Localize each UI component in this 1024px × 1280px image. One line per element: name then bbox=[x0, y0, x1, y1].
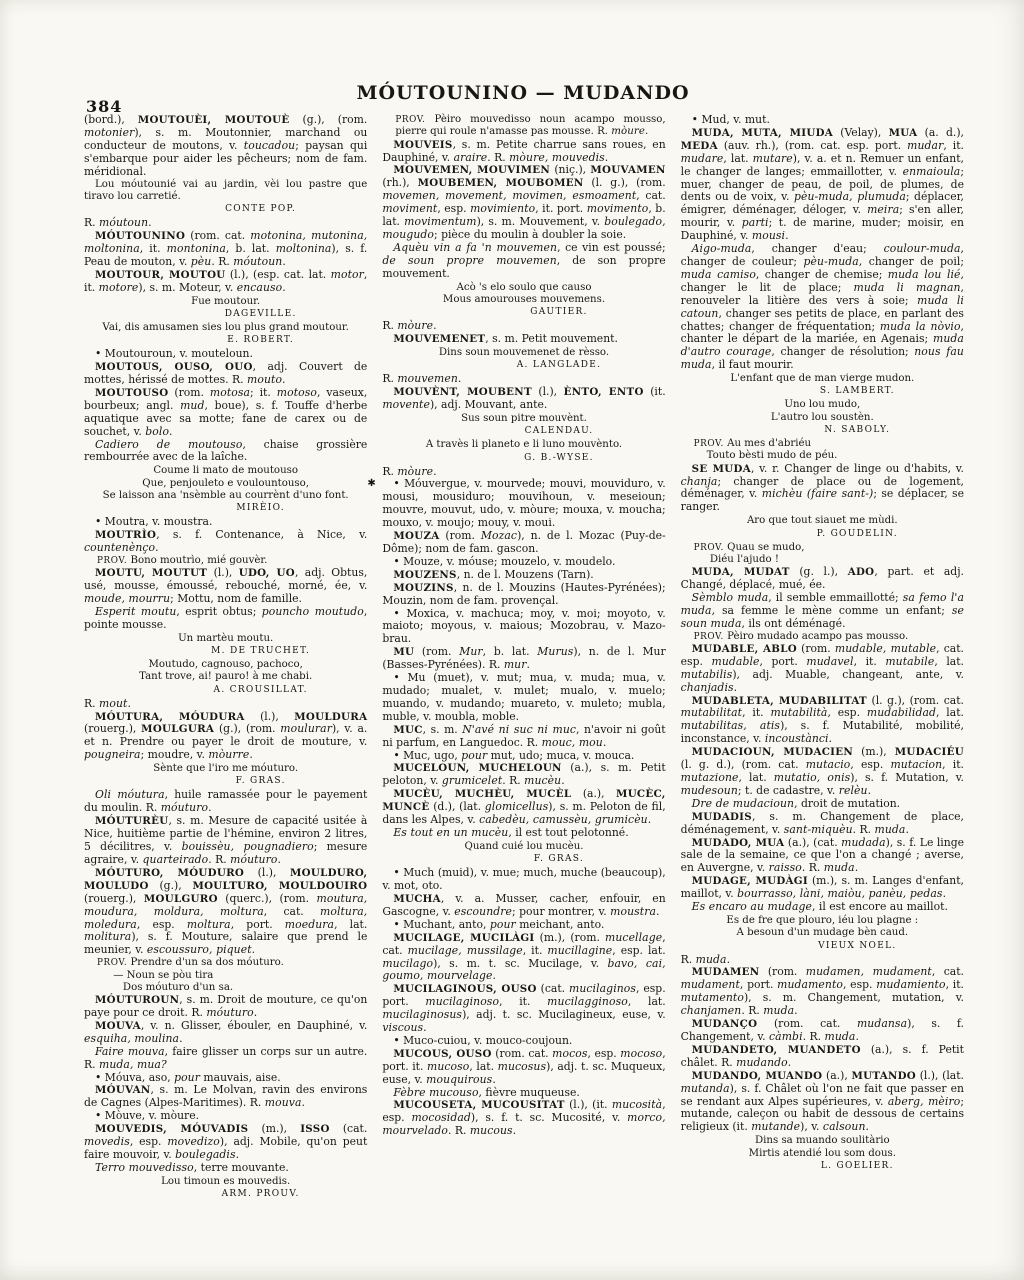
proverb: PROV. Au mes d'abriéu Touto bèsti mudo d… bbox=[681, 438, 964, 463]
column-3: • Mud, v. mut.MUDA, MUTA, MIUDA (Velay),… bbox=[681, 114, 964, 1174]
dict-entry: MUCOUS, OUSO (rom. cat. mocos, esp. moco… bbox=[382, 1048, 665, 1087]
attribution: MIRÈIO. bbox=[84, 503, 367, 514]
verse-quote: Sènte que l'iro me móuturo. bbox=[84, 763, 367, 775]
attribution: GAUTIER. bbox=[382, 307, 665, 318]
dict-entry: MOUTRÌO, s. f. Contenance, à Nice, v. co… bbox=[84, 529, 367, 555]
dict-entry-continuation: R. mouvemen. bbox=[382, 373, 665, 386]
attribution: A. CROUSILLAT. bbox=[84, 685, 367, 696]
dict-entry: MÓUTURÈU, s. m. Mesure de capacité usité… bbox=[84, 815, 367, 867]
dict-entry: MÓUVAN, s. m. Le Molvan, ravin des envir… bbox=[84, 1084, 367, 1110]
dict-entry: Oli móutura, huile ramassée pour le paye… bbox=[84, 789, 367, 815]
verse-quote: Aro que tout siauet me mùdi. bbox=[681, 515, 964, 527]
verse-quote: Uno lou mudo,L'autro lou soustèn. bbox=[681, 399, 964, 424]
dict-entry-continuation: (bord.), MOUTOUÈI, MOUTOUÈ (g.), (rom. m… bbox=[84, 114, 367, 179]
verse-quote: Vai, dis amusamen sies lou plus grand mo… bbox=[84, 322, 367, 334]
attribution: CALENDAU. bbox=[382, 426, 665, 437]
dict-entry: MUDANÇO (rom. cat. mudansa), s. f. Chang… bbox=[681, 1018, 964, 1044]
page-header-row: 384 MÓUTOUNINO — MUDANDO bbox=[84, 82, 962, 112]
attribution: F. GRAS. bbox=[84, 776, 367, 787]
cross-reference-note: ✱• Móuvergue, v. mourvede; mouvi, mouvid… bbox=[382, 478, 665, 530]
dict-entry: MUDA, MUTA, MIUDA (Velay), MUA (a. d.), … bbox=[681, 127, 964, 243]
verse-quote: Un martèu moutu. bbox=[84, 633, 367, 645]
dict-entry: MOUZINS, n. de l. Mouzins (Hautes-Pyréné… bbox=[382, 582, 665, 608]
attribution: E. ROBERT. bbox=[84, 335, 367, 346]
dict-entry: Faire mouva, faire glisser un corps sur … bbox=[84, 1046, 367, 1072]
cross-reference-note: • Mòuve, v. mòure. bbox=[84, 1110, 367, 1123]
dict-entry: MOUVEIS, s. m. Petite charrue sans roues… bbox=[382, 139, 665, 165]
dict-entry: MUDABLE, ABLO (rom. mudable, mutable, ca… bbox=[681, 643, 964, 695]
text-columns: (bord.), MOUTOUÈI, MOUTOUÈ (g.), (rom. m… bbox=[84, 114, 964, 1202]
dict-entry: Es encaro au mudage, il est encore au ma… bbox=[681, 901, 964, 914]
margin-star-icon: ✱ bbox=[367, 478, 375, 491]
dict-entry: MUCILAGE, MUCILÀGI (m.), (rom. mucellage… bbox=[382, 932, 665, 984]
prov-label: PROV. bbox=[694, 439, 724, 449]
dict-entry: MUDANDO, MUANDO (a.), MUTANDO (l.), (lat… bbox=[681, 1070, 964, 1135]
dict-entry: Dre de mudacioun, droit de mutation. bbox=[681, 798, 964, 811]
dict-entry: MUDAMEN (rom. mudamen, mudament, cat. mu… bbox=[681, 966, 964, 1018]
verse-quote: Dins sa muando soulitàrioMirtis atendié … bbox=[681, 1135, 964, 1160]
dict-entry: Aquèu vin a fa 'n mouvemen, ce vin est p… bbox=[382, 242, 665, 281]
dict-entry: Esperit moutu, esprit obtus; pouncho mou… bbox=[84, 606, 367, 632]
dict-entry: MUDACIOUN, MUDACIEN (m.), MUDACIÉU (l. g… bbox=[681, 746, 964, 798]
dict-entry: Es tout en un mucèu, il est tout peloton… bbox=[382, 827, 665, 840]
verse-quote: Lou timoun es mouvedis. bbox=[84, 1176, 367, 1188]
dict-entry: Aigo-muda, changer d'eau; coulour-muda, … bbox=[681, 243, 964, 372]
prov-label: PROV. bbox=[694, 632, 724, 642]
dict-entry: MUC, s. m. N'avé ni suc ni muc, n'avoir … bbox=[382, 724, 665, 750]
attribution: DAGEVILLE. bbox=[84, 309, 367, 320]
attribution: G. B.-WYSE. bbox=[382, 453, 665, 464]
dict-entry: MÓUTUROUN, s. m. Droit de mouture, ce qu… bbox=[84, 994, 367, 1020]
attribution: ARM. PROUV. bbox=[84, 1189, 367, 1200]
attribution: M. DE TRUCHET. bbox=[84, 646, 367, 657]
example-quote: Lou móutounié vai au jardin, vèi lou pas… bbox=[84, 179, 367, 204]
dict-entry: MOUVEDIS, MÓUVADIS (m.), ISSO (cat. move… bbox=[84, 1123, 367, 1162]
verse-quote: Moutudo, cagnouso, pachoco,Tant trove, a… bbox=[84, 659, 367, 684]
dict-entry: MUCHA, v. a. Musser, cacher, enfouir, en… bbox=[382, 893, 665, 919]
dict-entry: MOUVA, v. n. Glisser, ébouler, en Dauphi… bbox=[84, 1020, 367, 1046]
dictionary-page: 384 MÓUTOUNINO — MUDANDO (bord.), MOUTOU… bbox=[0, 0, 1024, 1280]
dict-entry: MOUTOUS, OUSO, OUO, adj. Couvert de mott… bbox=[84, 361, 367, 387]
dict-entry: MUDA, MUDAT (g. l.), ADO, part. et adj. … bbox=[681, 566, 964, 592]
dict-entry: Sèmblo muda, il semble emmaillotté; sa f… bbox=[681, 592, 964, 631]
dict-entry: MÓUTURO, MÓUDURO (l.), MOULDURO, MOULUDO… bbox=[84, 867, 367, 957]
dict-entry-continuation: R. mout. bbox=[84, 698, 367, 711]
dict-entry: Cadiero de moutouso, chaise grossière re… bbox=[84, 439, 367, 465]
dict-entry: MUDADO, MUA (a.), (cat. mudada), s. f. L… bbox=[681, 837, 964, 876]
cross-reference-note: • Mouze, v. móuse; mouzelo, v. moudelo. bbox=[382, 556, 665, 569]
dict-entry: MUDAGE, MUDÀGI (m.), s. m. Langes d'enfa… bbox=[681, 875, 964, 901]
dict-entry: MUCOUSETA, MUCOUSITAT (l.), (it. mucosit… bbox=[382, 1099, 665, 1138]
dict-entry: MUDANDETO, MUANDETO (a.), s. f. Petit ch… bbox=[681, 1044, 964, 1070]
attribution: VIEUX NOEL. bbox=[681, 941, 964, 952]
cross-reference-note: • Mud, v. mut. bbox=[681, 114, 964, 127]
attribution: P. GOUDELIN. bbox=[681, 529, 964, 540]
running-header: MÓUTOUNINO — MUDANDO bbox=[84, 82, 962, 104]
verse-quote: Coume li mato de moutousoQue, penjouleto… bbox=[84, 465, 367, 502]
cross-reference-note: • Much (muid), v. mue; much, muche (beau… bbox=[382, 867, 665, 893]
attribution: A. LANGLADE. bbox=[382, 360, 665, 371]
dict-entry: MÓUTOUNINO (rom. cat. motonina, mutonina… bbox=[84, 230, 367, 269]
dict-entry: MUCELOUN, MUCHELOUN (a.), s. m. Petit pe… bbox=[382, 762, 665, 788]
dict-entry: MOUZA (rom. Mozac), n. de l. Mozac (Puy-… bbox=[382, 530, 665, 556]
dict-entry: MOUVEMEN, MOUVIMEN (niç.), MOUVAMEN (rh.… bbox=[382, 164, 665, 241]
dict-entry: SE MUDA, v. r. Changer de linge ou d'hab… bbox=[681, 463, 964, 515]
column-1: (bord.), MOUTOUÈI, MOUTOUÈ (g.), (rom. m… bbox=[84, 114, 367, 1202]
dict-entry: MÓUTURA, MÓUDURA (l.), MOULDURA (rouerg.… bbox=[84, 711, 367, 763]
cross-reference-note: • Moxica, v. machuca; moy, v. moi; moyot… bbox=[382, 608, 665, 647]
prov-label: PROV. bbox=[694, 543, 724, 553]
verse-quote: Dins soun mouvemenet de rèsso. bbox=[382, 347, 665, 359]
attribution: S. LAMBERT. bbox=[681, 386, 964, 397]
prov-label: PROV. bbox=[97, 556, 127, 566]
verse-quote: Sus soun pitre mouvènt. bbox=[382, 413, 665, 425]
dict-entry: MUCÈU, MUCHÈU, MUCÈL (a.), MUCÈC, MUNCÈ … bbox=[382, 788, 665, 827]
dict-entry: MOUZENS, n. de l. Mouzens (Tarn). bbox=[382, 569, 665, 582]
verse-quote: Fue moutour. bbox=[84, 296, 367, 308]
dict-entry: MOUVEMENET, s. m. Petit mouvement. bbox=[382, 333, 665, 346]
dict-entry: MUDADIS, s. m. Changement de place, démé… bbox=[681, 811, 964, 837]
attribution: F. GRAS. bbox=[382, 854, 665, 865]
attribution: N. SABOLY. bbox=[681, 425, 964, 436]
dict-entry: MOUTOUR, MOUTOU (l.), (esp. cat. lat. mo… bbox=[84, 269, 367, 295]
dict-entry: MOUTU, MOUTUT (l.), UDO, UO, adj. Obtus,… bbox=[84, 567, 367, 606]
verse-quote: Quand cuié lou mucèu. bbox=[382, 841, 665, 853]
dict-entry: MOUVÈNT, MOUBENT (l.), ÈNTO, ENTO (it. m… bbox=[382, 386, 665, 412]
verse-quote: A travès li planeto e li luno mouvènto. bbox=[382, 439, 665, 451]
dict-entry: MUCILAGINOUS, OUSO (cat. mucilaginos, es… bbox=[382, 983, 665, 1035]
proverb: PROV. Quau se mudo, Diéu l'ajudo ! bbox=[681, 542, 964, 567]
verse-quote: Acò 's elo soulo que causoMous amourouse… bbox=[382, 282, 665, 307]
attribution: CONTE POP. bbox=[84, 204, 367, 215]
dict-entry: Terro mouvedisso, terre mouvante. bbox=[84, 1162, 367, 1175]
verse-quote: L'enfant que de man vierge mudon. bbox=[681, 373, 964, 385]
prov-label: PROV. bbox=[97, 958, 127, 968]
verse-quote: Es de fre que plouro, iéu lou plagne :A … bbox=[681, 915, 964, 940]
cross-reference-note: • Mu (muet), v. mut; mua, v. muda; mua, … bbox=[382, 672, 665, 724]
dict-entry: MUDABLETA, MUDABILITAT (l. g.), (rom. ca… bbox=[681, 695, 964, 747]
proverb: PROV. Pèiro mouvedisso noun acampo mouss… bbox=[382, 114, 665, 139]
column-2: PROV. Pèiro mouvedisso noun acampo mouss… bbox=[382, 114, 665, 1138]
dict-entry: MOUTOUSO (rom. motosa; it. motoso, vaseu… bbox=[84, 387, 367, 439]
proverb: PROV. Prendre d'un sa dos móuturo. — Nou… bbox=[84, 957, 367, 994]
prov-label: PROV. bbox=[395, 115, 425, 125]
attribution: L. GOELIER. bbox=[681, 1161, 964, 1172]
dict-entry: MU (rom. Mur, b. lat. Murus), n. de l. M… bbox=[382, 646, 665, 672]
